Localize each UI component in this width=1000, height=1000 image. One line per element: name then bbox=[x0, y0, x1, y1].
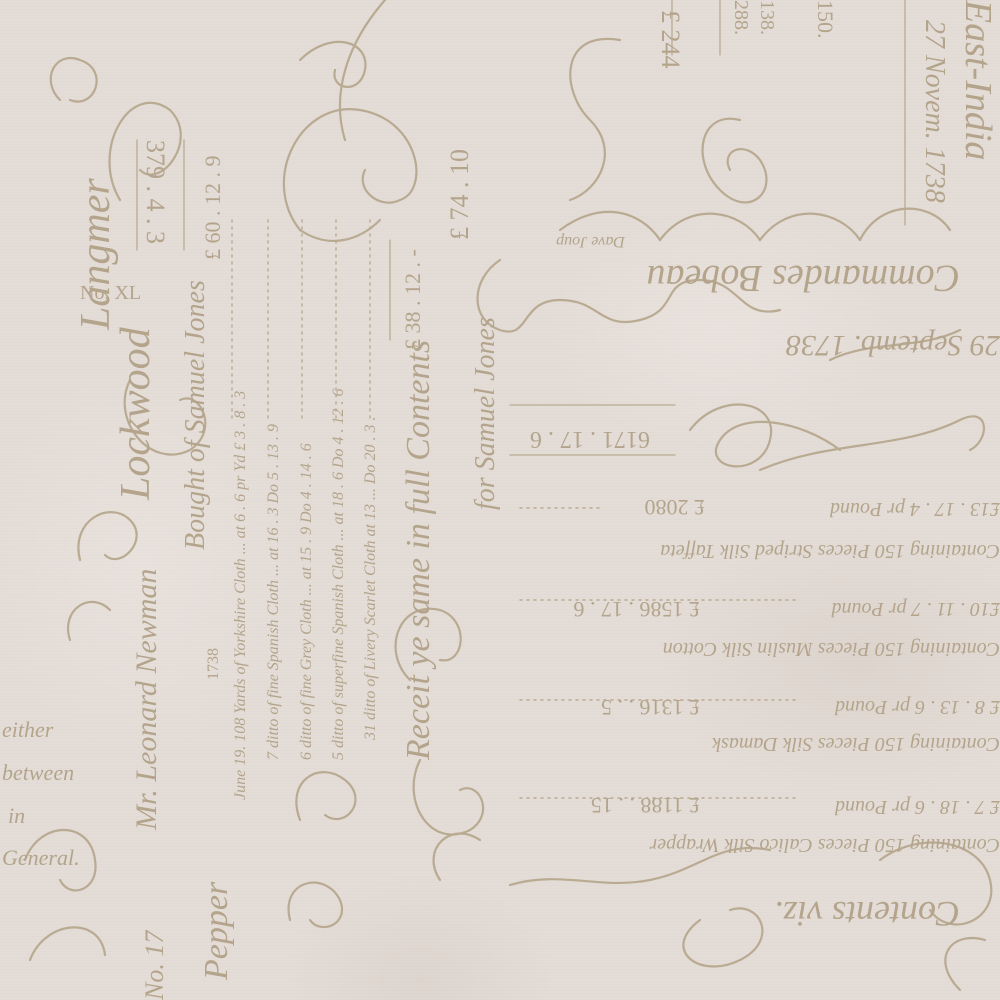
ledger-total: £ 38 . 12 . - bbox=[400, 249, 426, 350]
commandes-heading: Commandes Bobeau bbox=[647, 256, 960, 300]
sum-a: 6171 . 17 . 6 bbox=[530, 425, 650, 452]
small-value: 288. bbox=[729, 0, 752, 35]
inverted-amount: £10 . 11 . 7 pr Pound bbox=[831, 597, 1000, 620]
for-samuel-jones: for Samuel Jones bbox=[470, 317, 502, 510]
inverted-total: £ 1316 . . 5 bbox=[601, 694, 700, 720]
inverted-total: £ 2080 bbox=[645, 494, 706, 520]
script-number-xl: No. XL bbox=[80, 282, 141, 305]
ledger-line: 5 ditto of superfine Spanish Cloth ... a… bbox=[330, 388, 348, 760]
date-november: 27 Novem. 1738 bbox=[918, 20, 950, 203]
receipt-total: 379 . 4 . 3 bbox=[140, 140, 170, 244]
signature: Dave Joup bbox=[556, 232, 625, 250]
pound-b: £ 74 . 10 bbox=[445, 149, 475, 240]
small-value: 138. bbox=[755, 0, 778, 35]
script-langmer: Langmer bbox=[72, 178, 120, 330]
inverted-amount: £ 7 . 18 . 6 pr Pound bbox=[835, 795, 1000, 818]
ledger-line: June 19. 108 Yards of Yorkshire Cloth ..… bbox=[232, 391, 250, 800]
inverted-total: £ 1586 . 17 . 6 bbox=[574, 596, 701, 622]
margin-word: in bbox=[8, 803, 25, 829]
date-september: 29 Septemb. 1738 bbox=[786, 328, 1000, 362]
small-value: 150. bbox=[812, 0, 838, 39]
inverted-desc: Containing 150 Pieces Calico Silk Wrappe… bbox=[649, 833, 1000, 856]
inverted-desc: Containing 150 Pieces Striped Silk Taffe… bbox=[660, 539, 1000, 562]
bought-of-line: Bought of Samuel Jones bbox=[180, 280, 212, 550]
margin-word: either bbox=[2, 717, 53, 743]
inverted-desc: Containing 150 Pieces Silk Damask bbox=[712, 732, 1000, 755]
ledger-line: 31 ditto of Livery Scarlet Cloth at 13 .… bbox=[362, 416, 380, 740]
margin-word: between bbox=[2, 760, 74, 786]
inverted-desc: Containing 150 Pieces Muslin Silk Cotton bbox=[663, 637, 1000, 660]
year-label: 1738 bbox=[205, 648, 223, 680]
east-india-heading: East-India bbox=[956, 0, 1000, 160]
script-pepper: Pepper bbox=[198, 882, 236, 980]
inverted-total: £ 1188 . . 15 bbox=[591, 792, 700, 818]
script-no-17: No. 17 bbox=[140, 931, 170, 1000]
contents-heading: Contents viz. bbox=[774, 893, 960, 935]
margin-word: General. bbox=[2, 845, 80, 871]
script-mr-leonard-newman: Mr. Leonard Newman bbox=[130, 569, 164, 830]
script-lockwood: Lockwood bbox=[112, 327, 160, 500]
receipt-pound: £ 60 . 12 . 9 bbox=[200, 156, 226, 261]
pound-c: £ 244 bbox=[655, 10, 685, 69]
fabric-swatch: either between in General. Langmer Lockw… bbox=[0, 0, 1000, 1000]
ledger-line: 7 ditto of fine Spanish Cloth ... at 16 … bbox=[265, 424, 283, 760]
ledger-line: 6 ditto of fine Grey Cloth ... at 15 . 9… bbox=[298, 443, 316, 760]
inverted-amount: £13 . 17 . 4 pr Pound bbox=[830, 497, 1000, 520]
inverted-amount: £ 8 . 13 . 6 pr Pound bbox=[835, 695, 1000, 718]
receit-line: Receit ye same in full Contents bbox=[400, 340, 438, 760]
